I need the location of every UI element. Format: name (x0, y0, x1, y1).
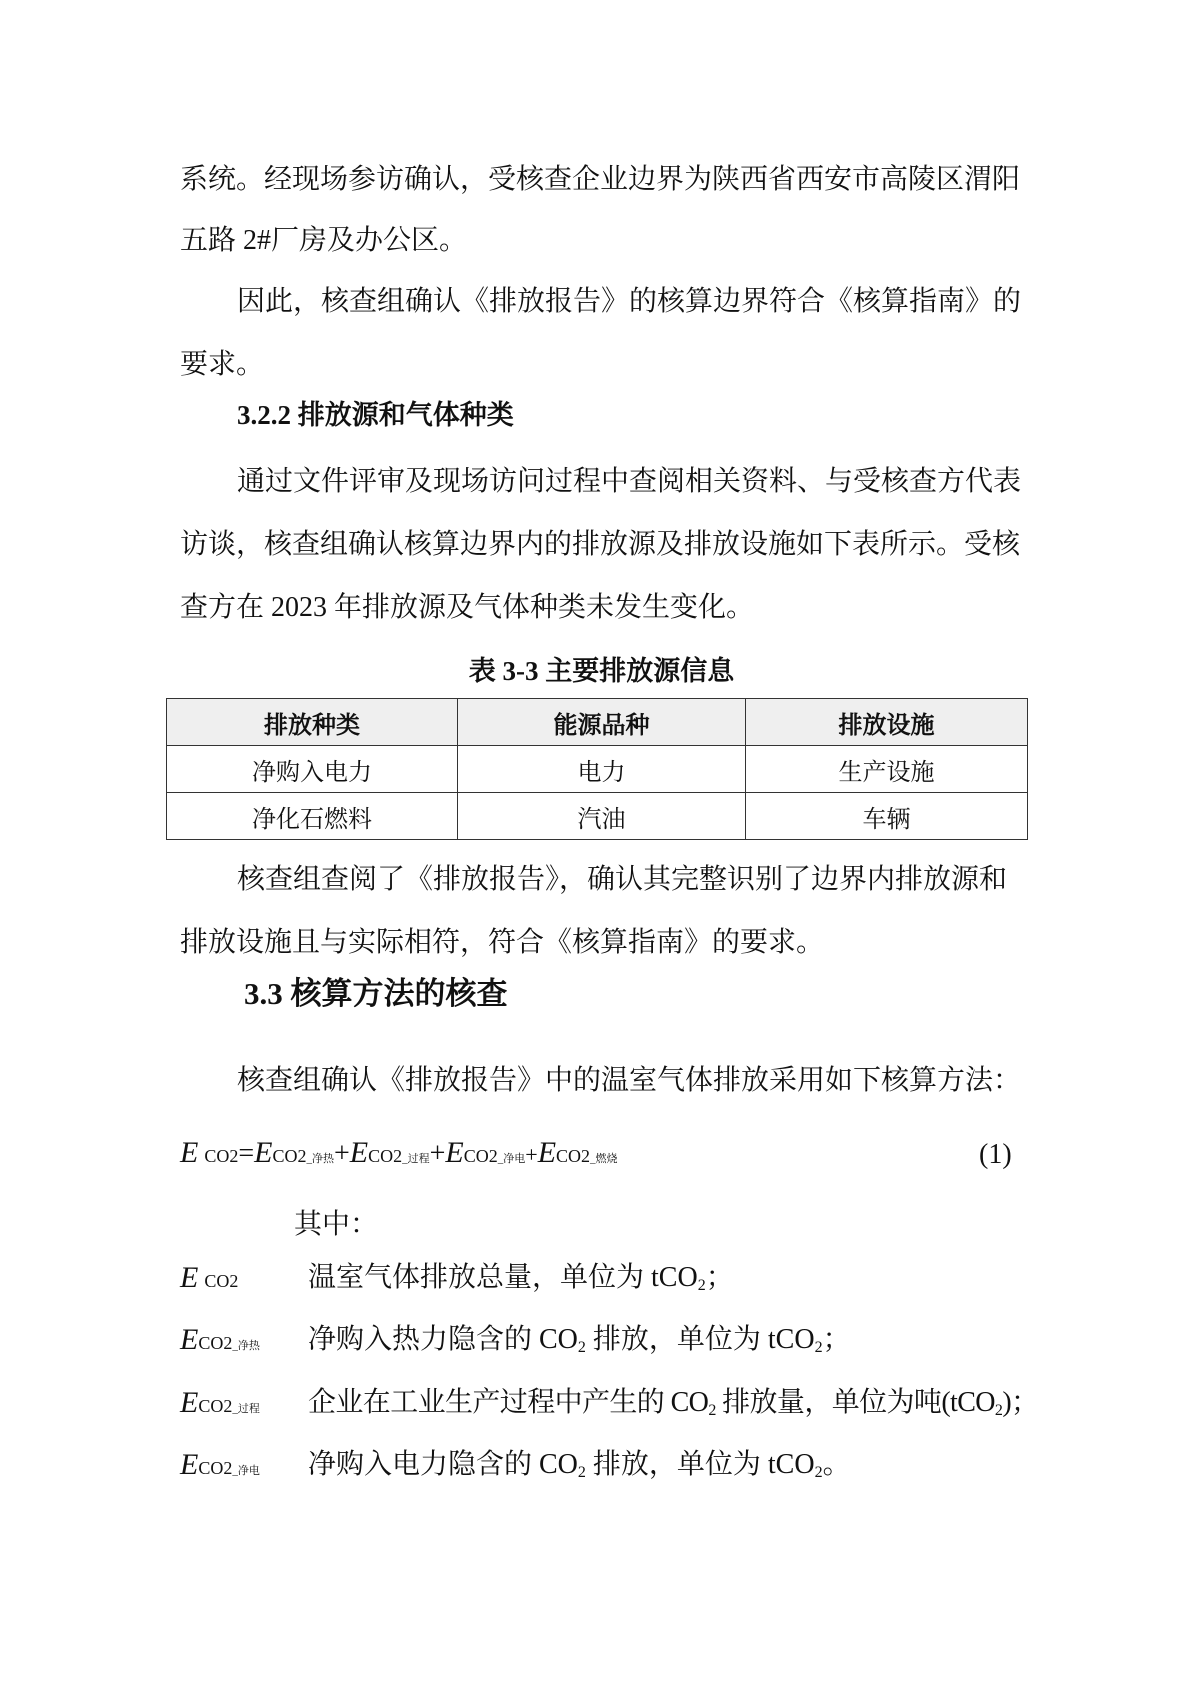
paragraph-line: 因此，核查组确认《排放报告》的核算边界符合《核算指南》的 (237, 285, 1021, 319)
definition-symbol: ECO2 (180, 1261, 238, 1300)
paragraph-line: 访谈，核查组确认核算边界内的排放源及排放设施如下表所示。受核 (180, 528, 1020, 562)
paragraph-line: 排放设施且与实际相符，符合《核算指南》的要求。 (180, 926, 824, 960)
paragraph-line: 查方在 2023 年排放源及气体种类未发生变化。 (180, 591, 754, 625)
definition-text: 温室气体排放总量，单位为 tCO2； (308, 1261, 734, 1303)
table-header-row: 排放种类 能源品种 排放设施 (167, 699, 1028, 746)
paragraph-line: 核查组确认《排放报告》中的温室气体排放采用如下核算方法： (237, 1064, 1021, 1098)
where-label: 其中： (294, 1208, 378, 1242)
section-heading-3-2-2: 3.2.2 排放源和气体种类 (237, 398, 514, 432)
formula: ECO2=ECO2_净热+ECO2_过程+ECO2_净电+ECO2_燃烧 (180, 1136, 618, 1176)
equation-number: (1) (979, 1138, 1012, 1172)
table-caption: 表 3-3 主要排放源信息 (0, 654, 1191, 688)
definition-symbol: ECO2_净热 (180, 1323, 260, 1363)
paragraph-line: 系统。经现场参访确认，受核查企业边界为陕西省西安市高陵区渭阳 (180, 163, 1020, 197)
paragraph-line: 通过文件评审及现场访问过程中查阅相关资料、与受核查方代表 (237, 465, 1021, 499)
definition-symbol: ECO2_净电 (180, 1448, 260, 1488)
definition-text: 净购入热力隐含的 CO2 排放，单位为 tCO2； (308, 1323, 851, 1365)
table-row: 净购入电力 电力 生产设施 (167, 746, 1028, 793)
table-cell: 电力 (458, 746, 746, 793)
table-cell: 汽油 (458, 793, 746, 840)
table-cell: 车辆 (746, 793, 1028, 840)
emission-source-table: 排放种类 能源品种 排放设施 净购入电力 电力 生产设施 净化石燃料 汽油 车辆 (166, 698, 1028, 840)
paragraph-line: 五路 2#厂房及办公区。 (180, 224, 467, 258)
paragraph-line: 要求。 (180, 348, 264, 382)
table-cell: 净化石燃料 (167, 793, 458, 840)
section-heading-3-3: 3.3 核算方法的核查 (244, 977, 508, 1011)
table-cell: 净购入电力 (167, 746, 458, 793)
paragraph-line: 核查组查阅了《排放报告》，确认其完整识别了边界内排放源和 (237, 863, 1007, 897)
column-header: 排放种类 (167, 699, 458, 746)
column-header: 排放设施 (746, 699, 1028, 746)
definition-symbol: ECO2_过程 (180, 1386, 260, 1426)
definition-text: 企业在工业生产过程中产生的 CO2 排放量，单位为吨(tCO2)； (308, 1386, 1038, 1428)
column-header: 能源品种 (458, 699, 746, 746)
table-cell: 生产设施 (746, 746, 1028, 793)
definition-text: 净购入电力隐含的 CO2 排放，单位为 tCO2。 (308, 1448, 851, 1490)
table-row: 净化石燃料 汽油 车辆 (167, 793, 1028, 840)
